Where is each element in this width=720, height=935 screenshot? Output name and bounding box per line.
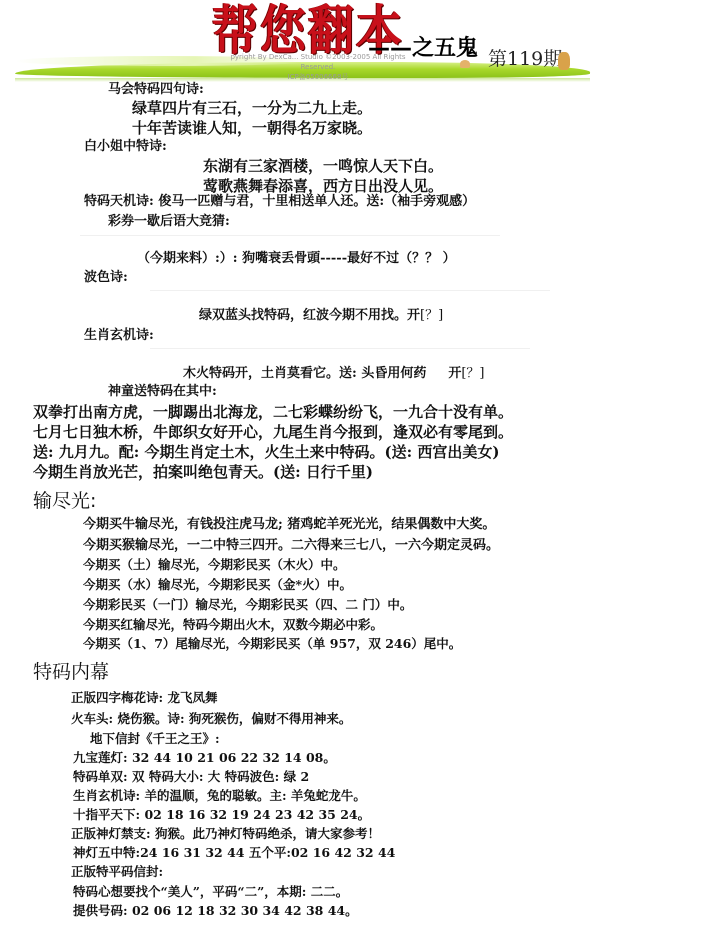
issue-number: 第119期 (488, 48, 562, 70)
shentong-line: 送: 九月九。配: 今期生肖定土木，火生土来中特码。(送: 西宫出美女) (33, 443, 499, 461)
divider (150, 348, 530, 349)
neimu-line: 正版神灯禁支: 狗猴。此乃神灯特码绝杀，请大家参考！ (71, 826, 380, 842)
shujinguang-line: 今期买猴输尽光，一二中特三四开。二六得来三七八，一六今期定灵码。 (83, 538, 499, 554)
poem-line: 东湖有三家酒楼，一鸣惊人天下白。 (203, 157, 443, 175)
poem-line: 绿草四片有三石，一分为二九上走。 (132, 99, 372, 117)
section-heading-baixiaojie: 白小姐中特诗: (84, 139, 167, 155)
neimu-line: 正版特平码信封: (71, 864, 163, 880)
section-heading-xiehouyu: 彩券一歇后语大竞猜: (108, 214, 230, 230)
section-heading-shujinguang: 输尽光: (33, 490, 96, 512)
section-heading-shentong: 神童送特码在其中: (108, 384, 217, 400)
rabbit-icon (558, 52, 570, 70)
bose-text: 绿双蓝头找特码，红波今期不用找。开 (199, 308, 420, 323)
poem-line: 莺歌燕舞春添喜，西方日出没人见。 (203, 177, 443, 195)
neimu-line: 提供号码: 02 06 12 18 32 30 34 42 38 44。 (73, 903, 358, 919)
neimu-line: 地下信封《千王之王》: (90, 731, 220, 747)
shengxiao-text: 木火特码开，土肖莫看它。送: 头昏用何药 (183, 366, 426, 381)
shentong-line: 今期生肖放光芒，拍案叫绝包青天。(送: 日行千里) (33, 463, 373, 481)
divider (80, 235, 500, 236)
neimu-line: 火车头: 烧伤猴。诗: 狗死猴伤，偏财不得用神来。 (71, 711, 351, 727)
section-heading-mahui: 马会特码四句诗: (108, 82, 204, 98)
neimu-line: 十指平天下: 02 18 16 32 19 24 23 42 35 24。 (73, 807, 370, 823)
mushroom-icon (460, 60, 470, 68)
shujinguang-line: 今期买（土）输尽光，今期彩民买（木火）中。 (83, 557, 346, 573)
copyright-line: ICP备05006668号 (218, 72, 418, 82)
poem-line: 十年苦读谁人知，一朝得名万家晓。 (132, 119, 372, 137)
shentong-line: 双拳打出南方虎，一脚踢出北海龙，二七彩蝶纷纷飞，一九合十没有单。 (33, 403, 513, 421)
page-subtitle: ——之五鬼 (368, 36, 478, 62)
bose-line: 绿双蓝头找特码，红波今期不用找。开[？] (199, 308, 443, 324)
section-heading-shengxiao: 生肖玄机诗: (84, 328, 154, 344)
bose-answer: [？] (420, 308, 443, 323)
header-banner: ... pyright By DexCa... Studio ©2003-200… (0, 0, 720, 82)
tianji-poem: 特码天机诗: 俊马一匹赠与君，十里相送单人还。送:（袖手旁观感） (84, 194, 475, 210)
section-heading-bose: 波色诗: (84, 270, 128, 286)
shujinguang-line: 今期买（1、7）尾输尽光，今期彩民买（单 957，双 246）尾中。 (83, 636, 461, 652)
shujinguang-line: 今期买红输尽光，特码今期出火木，双数今期必中彩。 (83, 617, 383, 633)
section-heading-temaneimu: 特码内幕 (33, 661, 109, 683)
divider (150, 290, 550, 291)
shengxiao-line: 木火特码开，土肖莫看它。送: 头昏用何药开[？] (183, 366, 485, 382)
neimu-line: 正版四字梅花诗: 龙飞凤舞 (71, 690, 217, 706)
neimu-line: 九宝莲灯: 32 44 10 21 06 22 32 14 08。 (73, 750, 336, 766)
shentong-line: 七月七日独木桥，牛郎织女好开心，九尾生肖今报到，逢双必有零尾到。 (33, 423, 513, 441)
shujinguang-line: 今期买牛输尽光，有钱投注虎马龙; 猪鸡蛇羊死光光，结果偶数中大奖。 (83, 517, 495, 533)
shengxiao-tail: 开 (448, 366, 461, 381)
riddle-line: （今期来料）:）: 狗嘴衰丢骨頭-----最好不过（？？ ） (137, 251, 456, 267)
neimu-line: 神灯五中特:24 16 31 32 44 五个平:02 16 42 32 44 (73, 845, 395, 861)
neimu-line: 生肖玄机诗: 羊的温顺，兔的聪敏。主: 羊兔蛇龙牛。 (73, 788, 366, 804)
shengxiao-answer: [？] (461, 366, 484, 381)
neimu-line: 特码心想要找个“美人”，平码“二”，本期: 二二。 (73, 884, 348, 900)
shujinguang-line: 今期买（水）输尽光，今期彩民买（金*火）中。 (83, 577, 352, 593)
neimu-line: 特码单双: 双 特码大小: 大 特码波色: 绿 2 (73, 769, 309, 785)
shujinguang-line: 今期彩民买（一门）输尽光，今期彩民买（四、二 门）中。 (83, 597, 412, 613)
